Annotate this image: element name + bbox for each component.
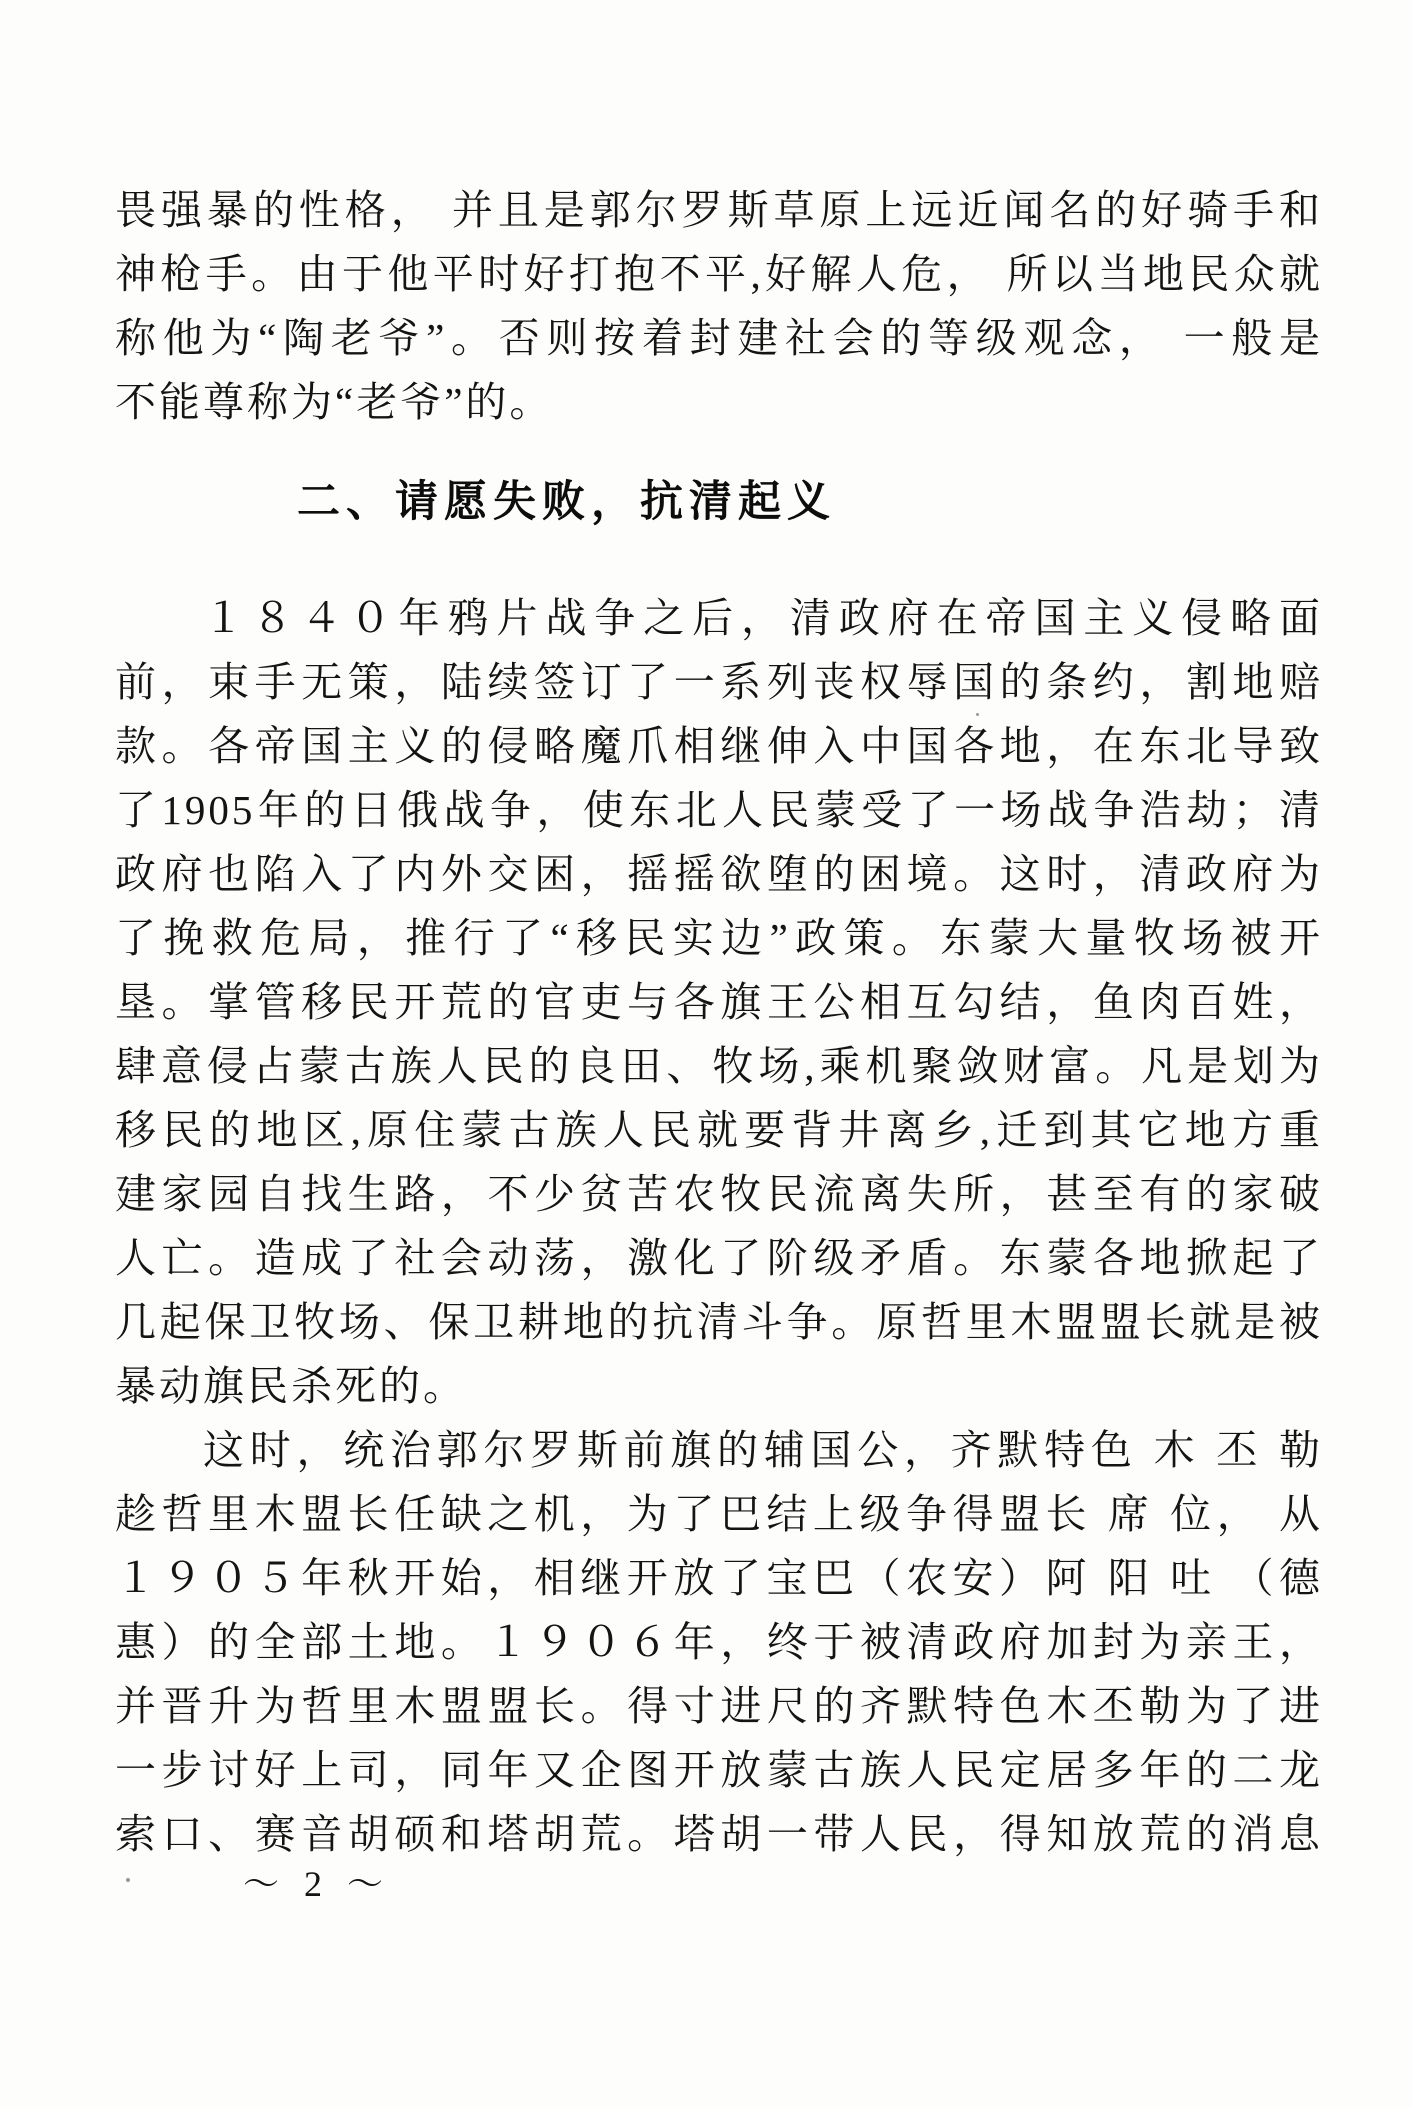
text-line: 趁哲里木盟长任缺之机，为了巴结上级争得盟长 席 位， 从	[115, 1482, 1323, 1546]
text-line: 惠）的全部土地。１９０６年，终于被清政府加封为亲王，	[115, 1610, 1323, 1674]
paragraph-2: １８４０年鸦片战争之后，清政府在帝国主义侵略面 前，束手无策，陆续签订了一系列丧…	[115, 586, 1323, 1418]
text-line: 暴动旗民杀死的。	[115, 1354, 1323, 1418]
page-number: ～ 2 ～	[243, 1856, 391, 1907]
paragraph-3: 这时，统治郭尔罗斯前旗的辅国公，齐默特色 木 丕 勒 趁哲里木盟长任缺之机，为了…	[115, 1418, 1323, 1866]
text-line: 畏强暴的性格， 并且是郭尔罗斯草原上远近闻名的好骑手和	[115, 178, 1323, 242]
text-line: 并晋升为哲里木盟盟长。得寸进尺的齐默特色木丕勒为了进	[115, 1674, 1323, 1738]
text-line: 款。各帝国主义的侵略魔爪相继伸入中国各地，在东北导致	[115, 714, 1323, 778]
scan-speck	[126, 1878, 130, 1882]
text-line: 神枪手。由于他平时好打抱不平,好解人危， 所以当地民众就	[115, 242, 1323, 306]
scan-speck	[976, 713, 979, 716]
text-line: 几起保卫牧场、保卫耕地的抗清斗争。原哲里木盟盟长就是被	[115, 1290, 1323, 1354]
text-line: 政府也陷入了内外交困，摇摇欲堕的困境。这时，清政府为	[115, 842, 1323, 906]
text-line: １９０５年秋开始，相继开放了宝巴（农安）阿 阳 吐 （德	[115, 1546, 1323, 1610]
text-line: 肆意侵占蒙古族人民的良田、牧场,乘机聚敛财富。凡是划为	[115, 1034, 1323, 1098]
text-block: 畏强暴的性格， 并且是郭尔罗斯草原上远近闻名的好骑手和 神枪手。由于他平时好打抱…	[115, 178, 1323, 1866]
scanned-book-page: 畏强暴的性格， 并且是郭尔罗斯草原上远近闻名的好骑手和 神枪手。由于他平时好打抱…	[0, 0, 1413, 2107]
section-heading: 二、请愿失败，抗清起义	[297, 470, 1323, 534]
text-line: 建家园自找生路，不少贫苦农牧民流离失所，甚至有的家破	[115, 1162, 1323, 1226]
text-line: １８４０年鸦片战争之后，清政府在帝国主义侵略面	[115, 586, 1323, 650]
text-line: 了1905年的日俄战争，使东北人民蒙受了一场战争浩劫；清	[115, 778, 1323, 842]
text-line: 称他为“陶老爷”。否则按着封建社会的等级观念， 一般是	[115, 306, 1323, 370]
text-line: 这时，统治郭尔罗斯前旗的辅国公，齐默特色 木 丕 勒	[115, 1418, 1323, 1482]
text-line: 垦。掌管移民开荒的官吏与各旗王公相互勾结，鱼肉百姓，	[115, 970, 1323, 1034]
text-line: 一步讨好上司，同年又企图开放蒙古族人民定居多年的二龙	[115, 1738, 1323, 1802]
text-line: 前，束手无策，陆续签订了一系列丧权辱国的条约，割地赔	[115, 650, 1323, 714]
text-line: 人亡。造成了社会动荡，激化了阶级矛盾。东蒙各地掀起了	[115, 1226, 1323, 1290]
text-line: 了挽救危局，推行了“移民实边”政策。东蒙大量牧场被开	[115, 906, 1323, 970]
paragraph-1: 畏强暴的性格， 并且是郭尔罗斯草原上远近闻名的好骑手和 神枪手。由于他平时好打抱…	[115, 178, 1323, 434]
text-line: 不能尊称为“老爷”的。	[115, 370, 1323, 434]
text-line: 移民的地区,原住蒙古族人民就要背井离乡,迁到其它地方重	[115, 1098, 1323, 1162]
